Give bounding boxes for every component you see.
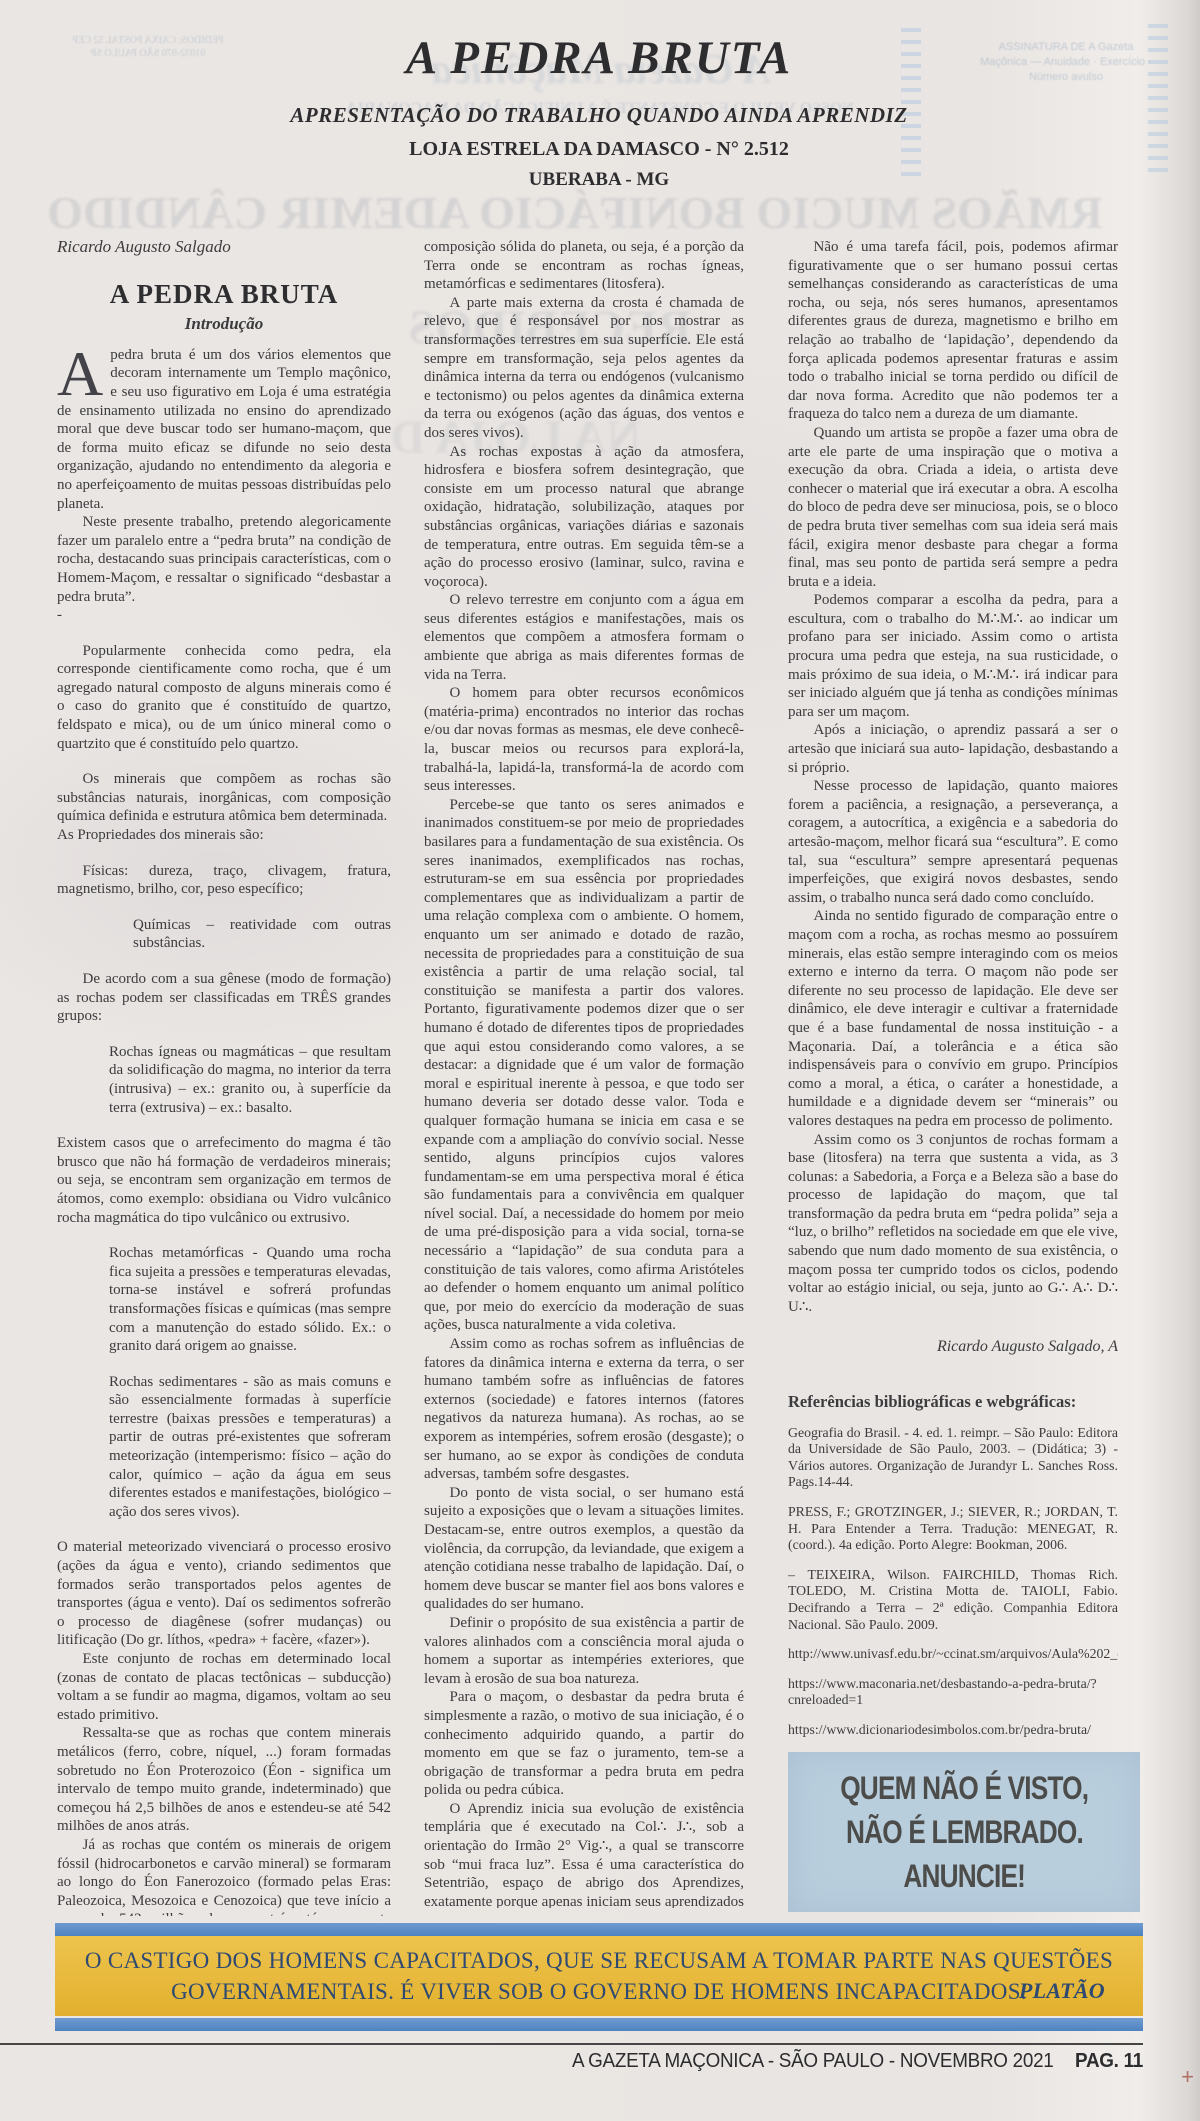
- paragraph: Existem casos que o arrefecimento do mag…: [57, 1134, 391, 1227]
- page-footer: A GAZETA MAÇONICA - SÃO PAULO - NOVEMBRO…: [142, 2049, 1143, 2073]
- paragraph: O homem para obter recursos econômicos (…: [424, 684, 744, 796]
- paragraph: -: [57, 606, 391, 625]
- advertise-line: ANUNCIE!: [903, 1858, 1025, 1895]
- column-2: composição sólida do planeta, ou seja, é…: [424, 238, 744, 1908]
- paragraph: O material meteorizado vivenciará o proc…: [57, 1538, 391, 1650]
- reference-item: http://www.univasf.edu.br/~ccinat.sm/arq…: [788, 1646, 1118, 1663]
- paragraph: Para o maçom, o desbastar da pedra bruta…: [424, 1688, 744, 1800]
- advertise-box: QUEM NÃO É VISTO, NÃO É LEMBRADO. ANUNCI…: [788, 1752, 1140, 1912]
- paragraph: Rochas sedimentares - são as mais comuns…: [109, 1373, 391, 1522]
- reference-item: PRESS, F.; GROTZINGER, J.; SIEVER, R.; J…: [788, 1504, 1118, 1554]
- paragraph: Ainda no sentido figurado de comparação …: [788, 907, 1118, 1130]
- paragraph: Este conjunto de rochas em determinado l…: [57, 1650, 391, 1724]
- paragraph: Ressalta-se que as rochas que contem min…: [57, 1724, 391, 1836]
- paragraph: Rochas metamórficas - Quando uma rocha f…: [109, 1244, 391, 1356]
- article-title: A PEDRA BRUTA: [57, 285, 391, 304]
- paragraph: Já as rochas que contém os minerais de o…: [57, 1836, 391, 1916]
- footer-rule: [0, 2043, 1143, 2045]
- blue-divider-bar: [55, 1923, 1143, 1936]
- column-1: Ricardo Augusto Salgado A PEDRA BRUTA In…: [57, 238, 391, 1916]
- byline: Ricardo Augusto Salgado: [57, 238, 391, 257]
- paragraph: A parte mais externa da crosta é chamada…: [424, 294, 744, 443]
- author-signature: Ricardo Augusto Salgado, A: [788, 1338, 1118, 1357]
- paragraph: Após a iniciação, o aprendiz passará a s…: [788, 721, 1118, 777]
- references-heading: Referências bibliográficas e webgráficas…: [788, 1393, 1118, 1412]
- advertise-line: QUEM NÃO É VISTO,: [840, 1770, 1088, 1807]
- bleedthrough-headline: RMÃOS MUCIO BONIFÁCIO ADEMIR CÂNDIDO: [40, 186, 1110, 239]
- header-lodge-line: LOJA ESTRELA DA DAMASCO - N° 2.512: [55, 138, 1143, 161]
- paragraph: De acordo com a sua gênese (modo de form…: [57, 970, 391, 1026]
- paragraph: Nesse processo de lapidação, quanto maio…: [788, 777, 1118, 907]
- paragraph: Assim como os 3 conjuntos de rochas form…: [788, 1131, 1118, 1317]
- paragraph: Não é uma tarefa fácil, pois, podemos af…: [788, 238, 1118, 424]
- advertise-line: NÃO É LEMBRADO.: [846, 1814, 1083, 1851]
- header-subtitle: APRESENTAÇÃO DO TRABALHO QUANDO AINDA AP…: [55, 103, 1143, 128]
- paragraph: Do ponto de vista social, o ser humano e…: [424, 1484, 744, 1614]
- section-heading: Introdução: [57, 315, 391, 334]
- newspaper-page: A Gazeta Maçônica NOSSO VEXILO E CONSTAN…: [0, 0, 1200, 2121]
- reference-item: – TEIXEIRA, Wilson. FAIRCHILD, Thomas Ri…: [788, 1567, 1118, 1633]
- paragraph: Os minerais que compõem as rochas são su…: [57, 770, 391, 826]
- header-city-line: UBERABA - MG: [55, 169, 1143, 191]
- paragraph: Assim como as rochas sofrem as influênci…: [424, 1335, 744, 1484]
- dropcap: A: [57, 346, 110, 399]
- paragraph: Físicas: dureza, traço, clivagem, fratur…: [57, 862, 391, 899]
- reference-item: https://www.maconaria.net/desbastando-a-…: [788, 1676, 1118, 1709]
- paragraph: Rochas ígneas ou magmáticas – que result…: [109, 1043, 391, 1117]
- article-header: A PEDRA BRUTA APRESENTAÇÃO DO TRABALHO Q…: [55, 28, 1143, 191]
- reference-item: https://www.dicionariodesimbolos.com.br/…: [788, 1722, 1118, 1739]
- footer-newspaper-name: A GAZETA MAÇONICA - SÃO PAULO - NOVEMBRO…: [572, 2049, 1054, 2072]
- paragraph: Químicas – reatividade com outras substâ…: [133, 916, 391, 953]
- paragraph: Neste presente trabalho, pretendo alegor…: [57, 513, 391, 606]
- paragraph: Quando um artista se propõe a fazer uma …: [788, 424, 1118, 591]
- column-3: Não é uma tarefa fácil, pois, podemos af…: [788, 238, 1118, 1743]
- quote-author: PLATÃO: [1019, 1978, 1105, 2004]
- registration-mark: +: [1181, 2064, 1194, 2090]
- paragraph: O relevo terrestre em conjunto com a águ…: [424, 591, 744, 684]
- quote-line: O CASTIGO DOS HOMENS CAPACITADOS, QUE SE…: [85, 1948, 1113, 1974]
- blue-divider-bar: [55, 2018, 1143, 2031]
- bleedthrough-chevron-strip: [1148, 24, 1168, 179]
- paragraph: Percebe-se que tanto os seres animados e…: [424, 796, 744, 1335]
- paragraph: Definir o propósito de sua existência a …: [424, 1614, 744, 1688]
- reference-item: Geografia do Brasil. - 4. ed. 1. reimpr.…: [788, 1425, 1118, 1491]
- quote-line: GOVERNAMENTAIS. É VIVER SOB O GOVERNO DE…: [171, 1979, 1027, 2005]
- paragraph: O Aprendiz inicia sua evolução de existê…: [424, 1800, 744, 1908]
- intro-paragraph: Apedra bruta é um dos vários elementos q…: [57, 346, 391, 513]
- paragraph: Podemos comparar a escolha da pedra, par…: [788, 591, 1118, 721]
- quote-banner: O CASTIGO DOS HOMENS CAPACITADOS, QUE SE…: [55, 1936, 1143, 2016]
- paragraph: As Propriedades dos minerais são:: [57, 826, 391, 845]
- page-title: A PEDRA BRUTA: [55, 34, 1143, 83]
- paragraph: As rochas expostas à ação da atmosfera, …: [424, 443, 744, 592]
- footer-page-number: PAG. 11: [1075, 2049, 1143, 2072]
- paragraph: Popularmente conhecida como pedra, ela c…: [57, 642, 391, 754]
- paragraph: composição sólida do planeta, ou seja, é…: [424, 238, 744, 294]
